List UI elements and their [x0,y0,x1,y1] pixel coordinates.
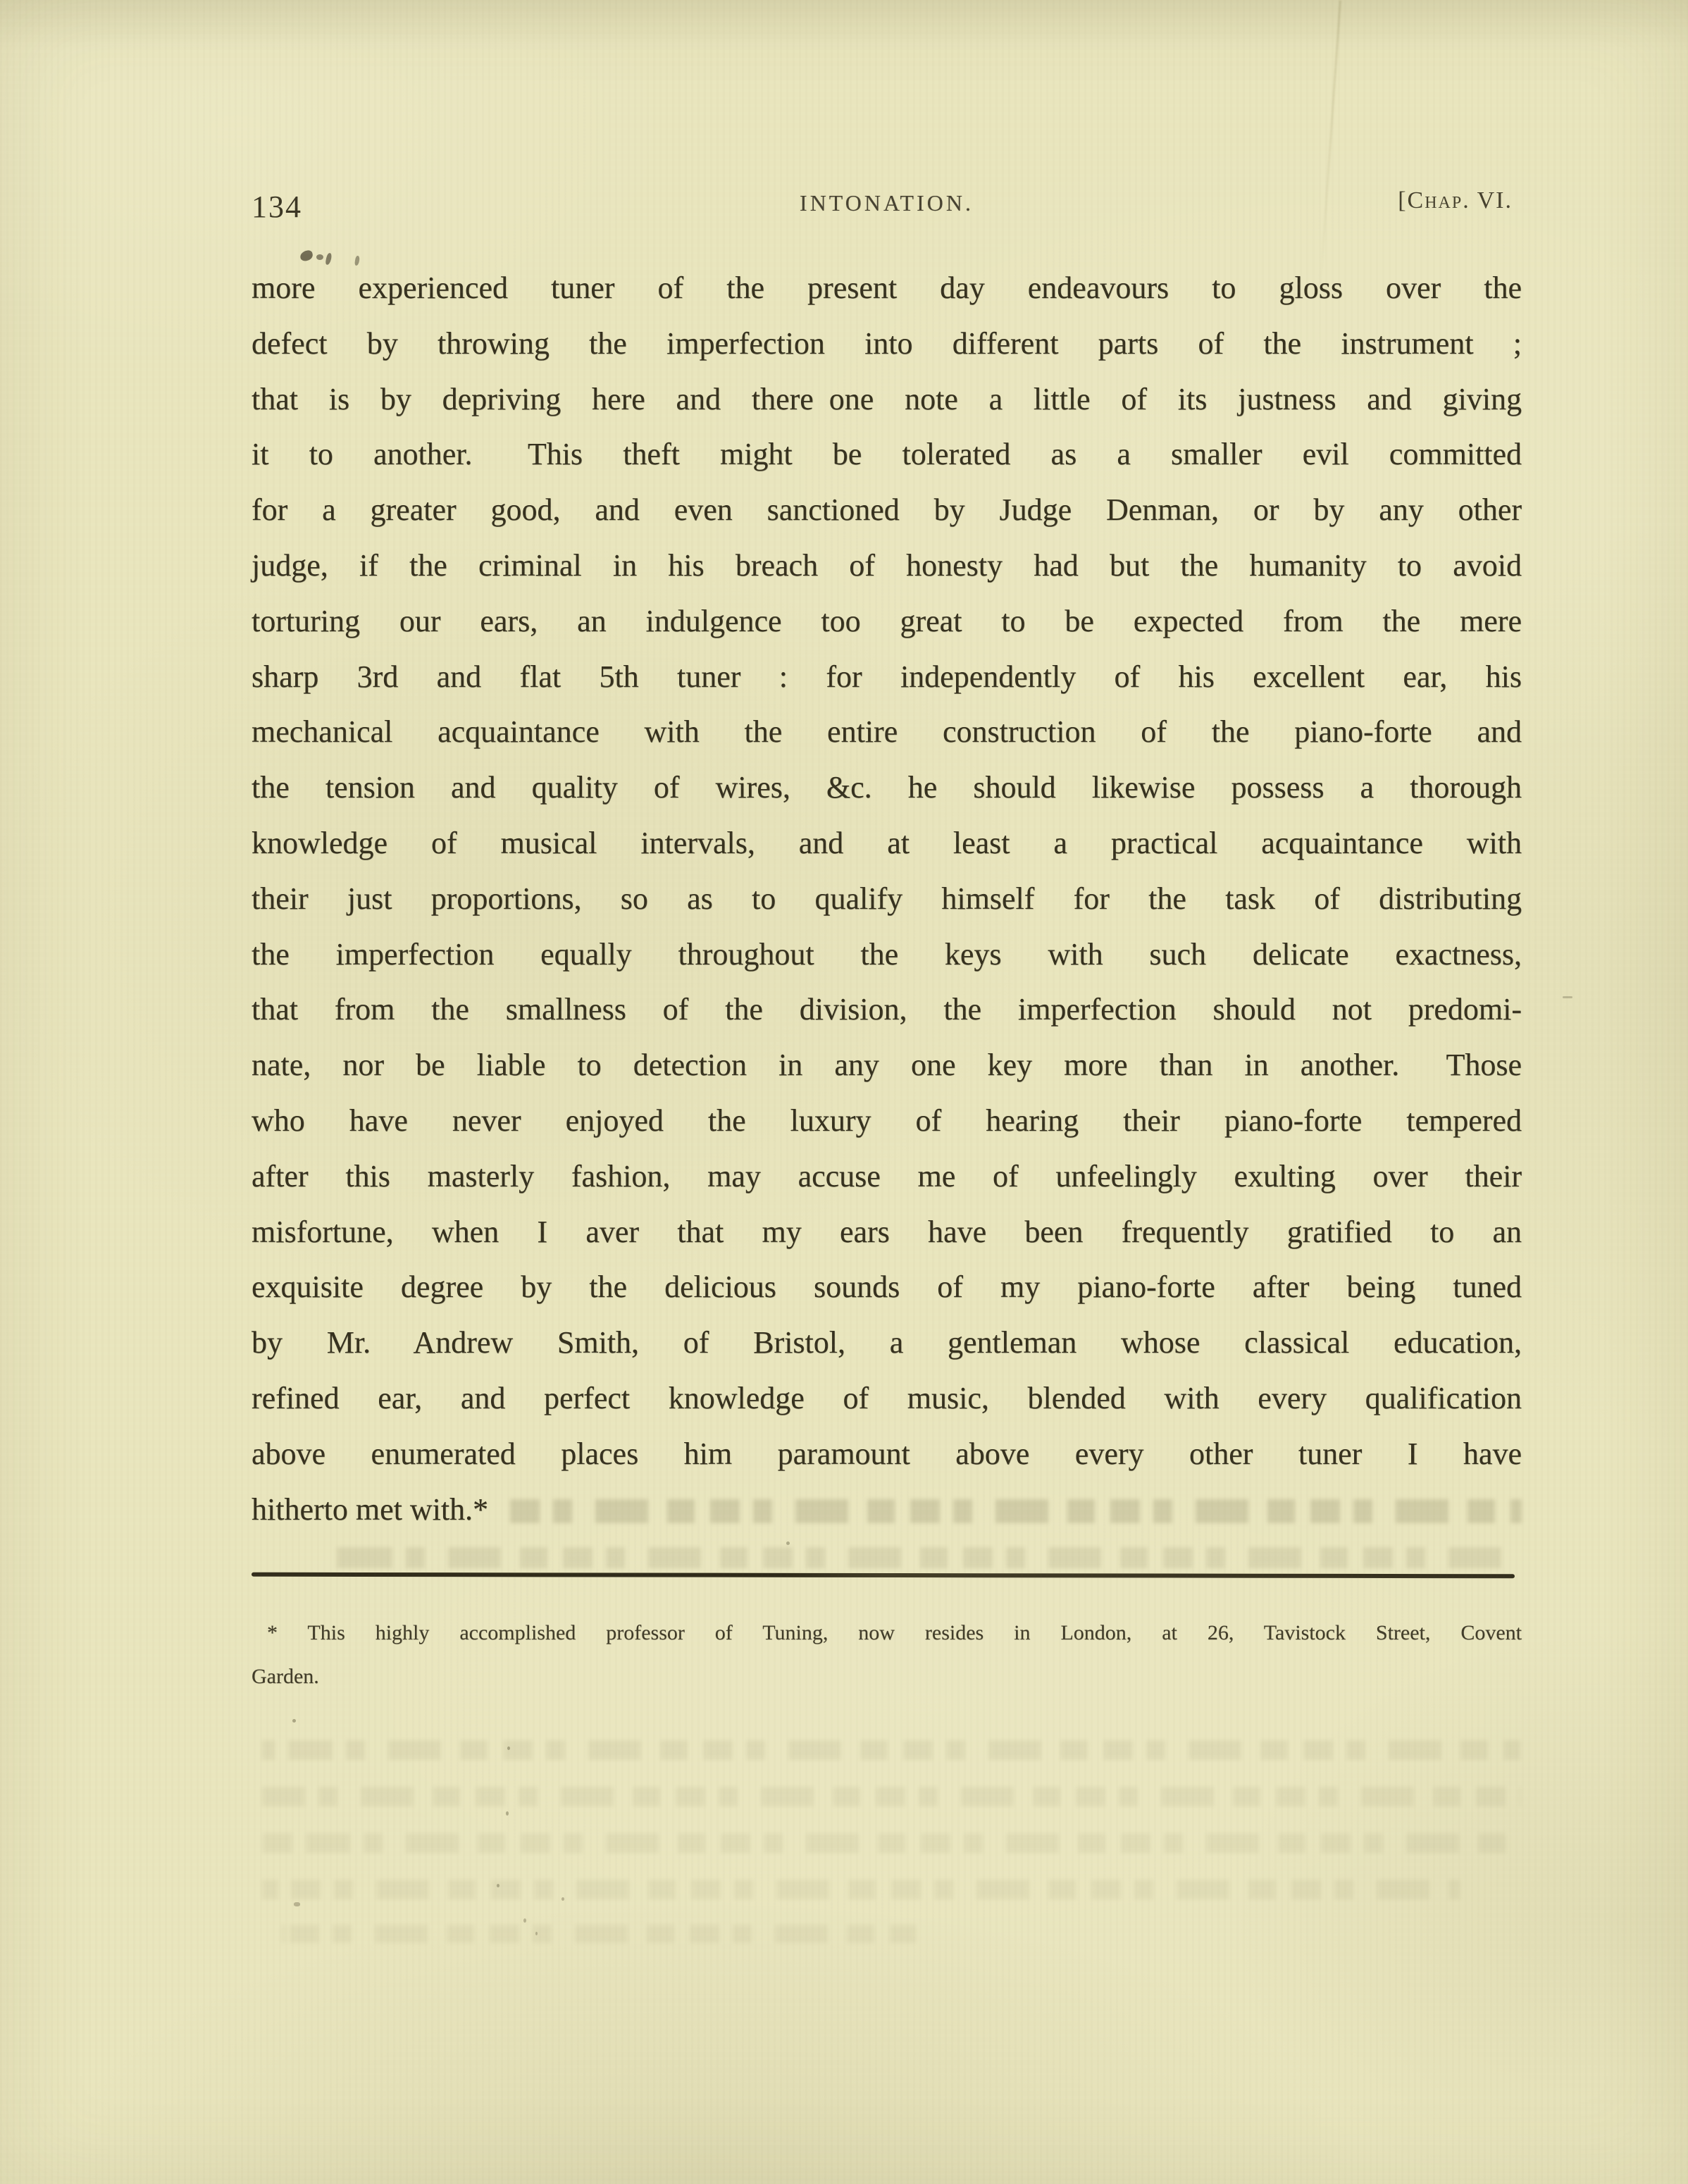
body-text-line: for a greater good, and even sanctioned … [252,483,1522,538]
body-text-line: mechanical acquaintance with the entire … [252,705,1522,760]
body-text-line: nate, nor be liable to detection in any … [252,1038,1522,1093]
bleed-through-line [262,1740,1520,1760]
paper-crease [1318,0,1341,302]
body-text-line: torturing our ears, an indulgence too gr… [252,594,1522,650]
body-text-line: their just proportions, so as to qualify… [252,871,1522,927]
footnote-text: * This highly accomplished professor of … [252,1611,1522,1655]
body-text-line: misfortune, when I aver that my ears hav… [252,1205,1522,1260]
ink-smudge [316,254,323,260]
scanned-book-page: 134 INTONATION. [Chap. VI. more experien… [0,0,1688,2184]
body-text-line: defect by throwing the imperfection into… [252,316,1522,372]
footnote-rule [252,1572,1515,1579]
body-text-line: after this masterly fashion, may accuse … [252,1149,1522,1205]
paper-speck [507,1746,510,1750]
body-paragraph: more experienced tuner of the present da… [252,261,1522,1537]
body-text-line: refined ear, and perfect knowledge of mu… [252,1371,1522,1427]
paper-speck [535,1932,538,1935]
paper-speck [561,1897,564,1901]
chapter-header: [Chap. VI. [252,187,1513,214]
body-text-line: the imperfection equally throughout the … [252,927,1522,983]
body-text-line: by Mr. Andrew Smith, of Bristol, a gentl… [252,1315,1522,1371]
bleed-through-line [262,1833,1520,1853]
body-text-line: the tension and quality of wires, &c. he… [252,760,1522,816]
paper-speck [1563,996,1572,998]
footnote: * This highly accomplished professor of … [252,1611,1522,1699]
bleed-through-line [282,1925,916,1943]
body-text-line: exquisite degree by the delicious sounds… [252,1260,1522,1315]
body-text-line: that from the smallness of the division,… [252,982,1522,1038]
body-text-line: above enumerated places him paramount ab… [252,1427,1522,1482]
body-text-line: that is by depriving here and there one … [252,372,1522,428]
paper-speck [506,1811,509,1816]
bleed-through-line [262,1880,1460,1899]
paper-speck [786,1541,790,1545]
body-text-line: more experienced tuner of the present da… [252,261,1522,316]
body-text-line: sharp 3rd and flat 5th tuner : for indep… [252,650,1522,705]
bleed-through-line [262,1787,1520,1806]
body-text-line: judge, if the criminal in his breach of … [252,538,1522,594]
body-text-line: knowledge of musical intervals, and at l… [252,816,1522,871]
body-text-line: who have never enjoyed the luxury of hea… [252,1093,1522,1149]
body-text-line: it to another. This theft might be toler… [252,427,1522,483]
paper-speck [292,1719,296,1723]
body-text-line: hitherto met with.* [252,1482,1522,1538]
footnote-text-continued: Garden. [252,1655,1522,1699]
paper-speck [523,1918,526,1923]
paper-speck [497,1884,499,1887]
bleed-through-line [337,1547,1520,1568]
paper-speck [294,1902,300,1906]
